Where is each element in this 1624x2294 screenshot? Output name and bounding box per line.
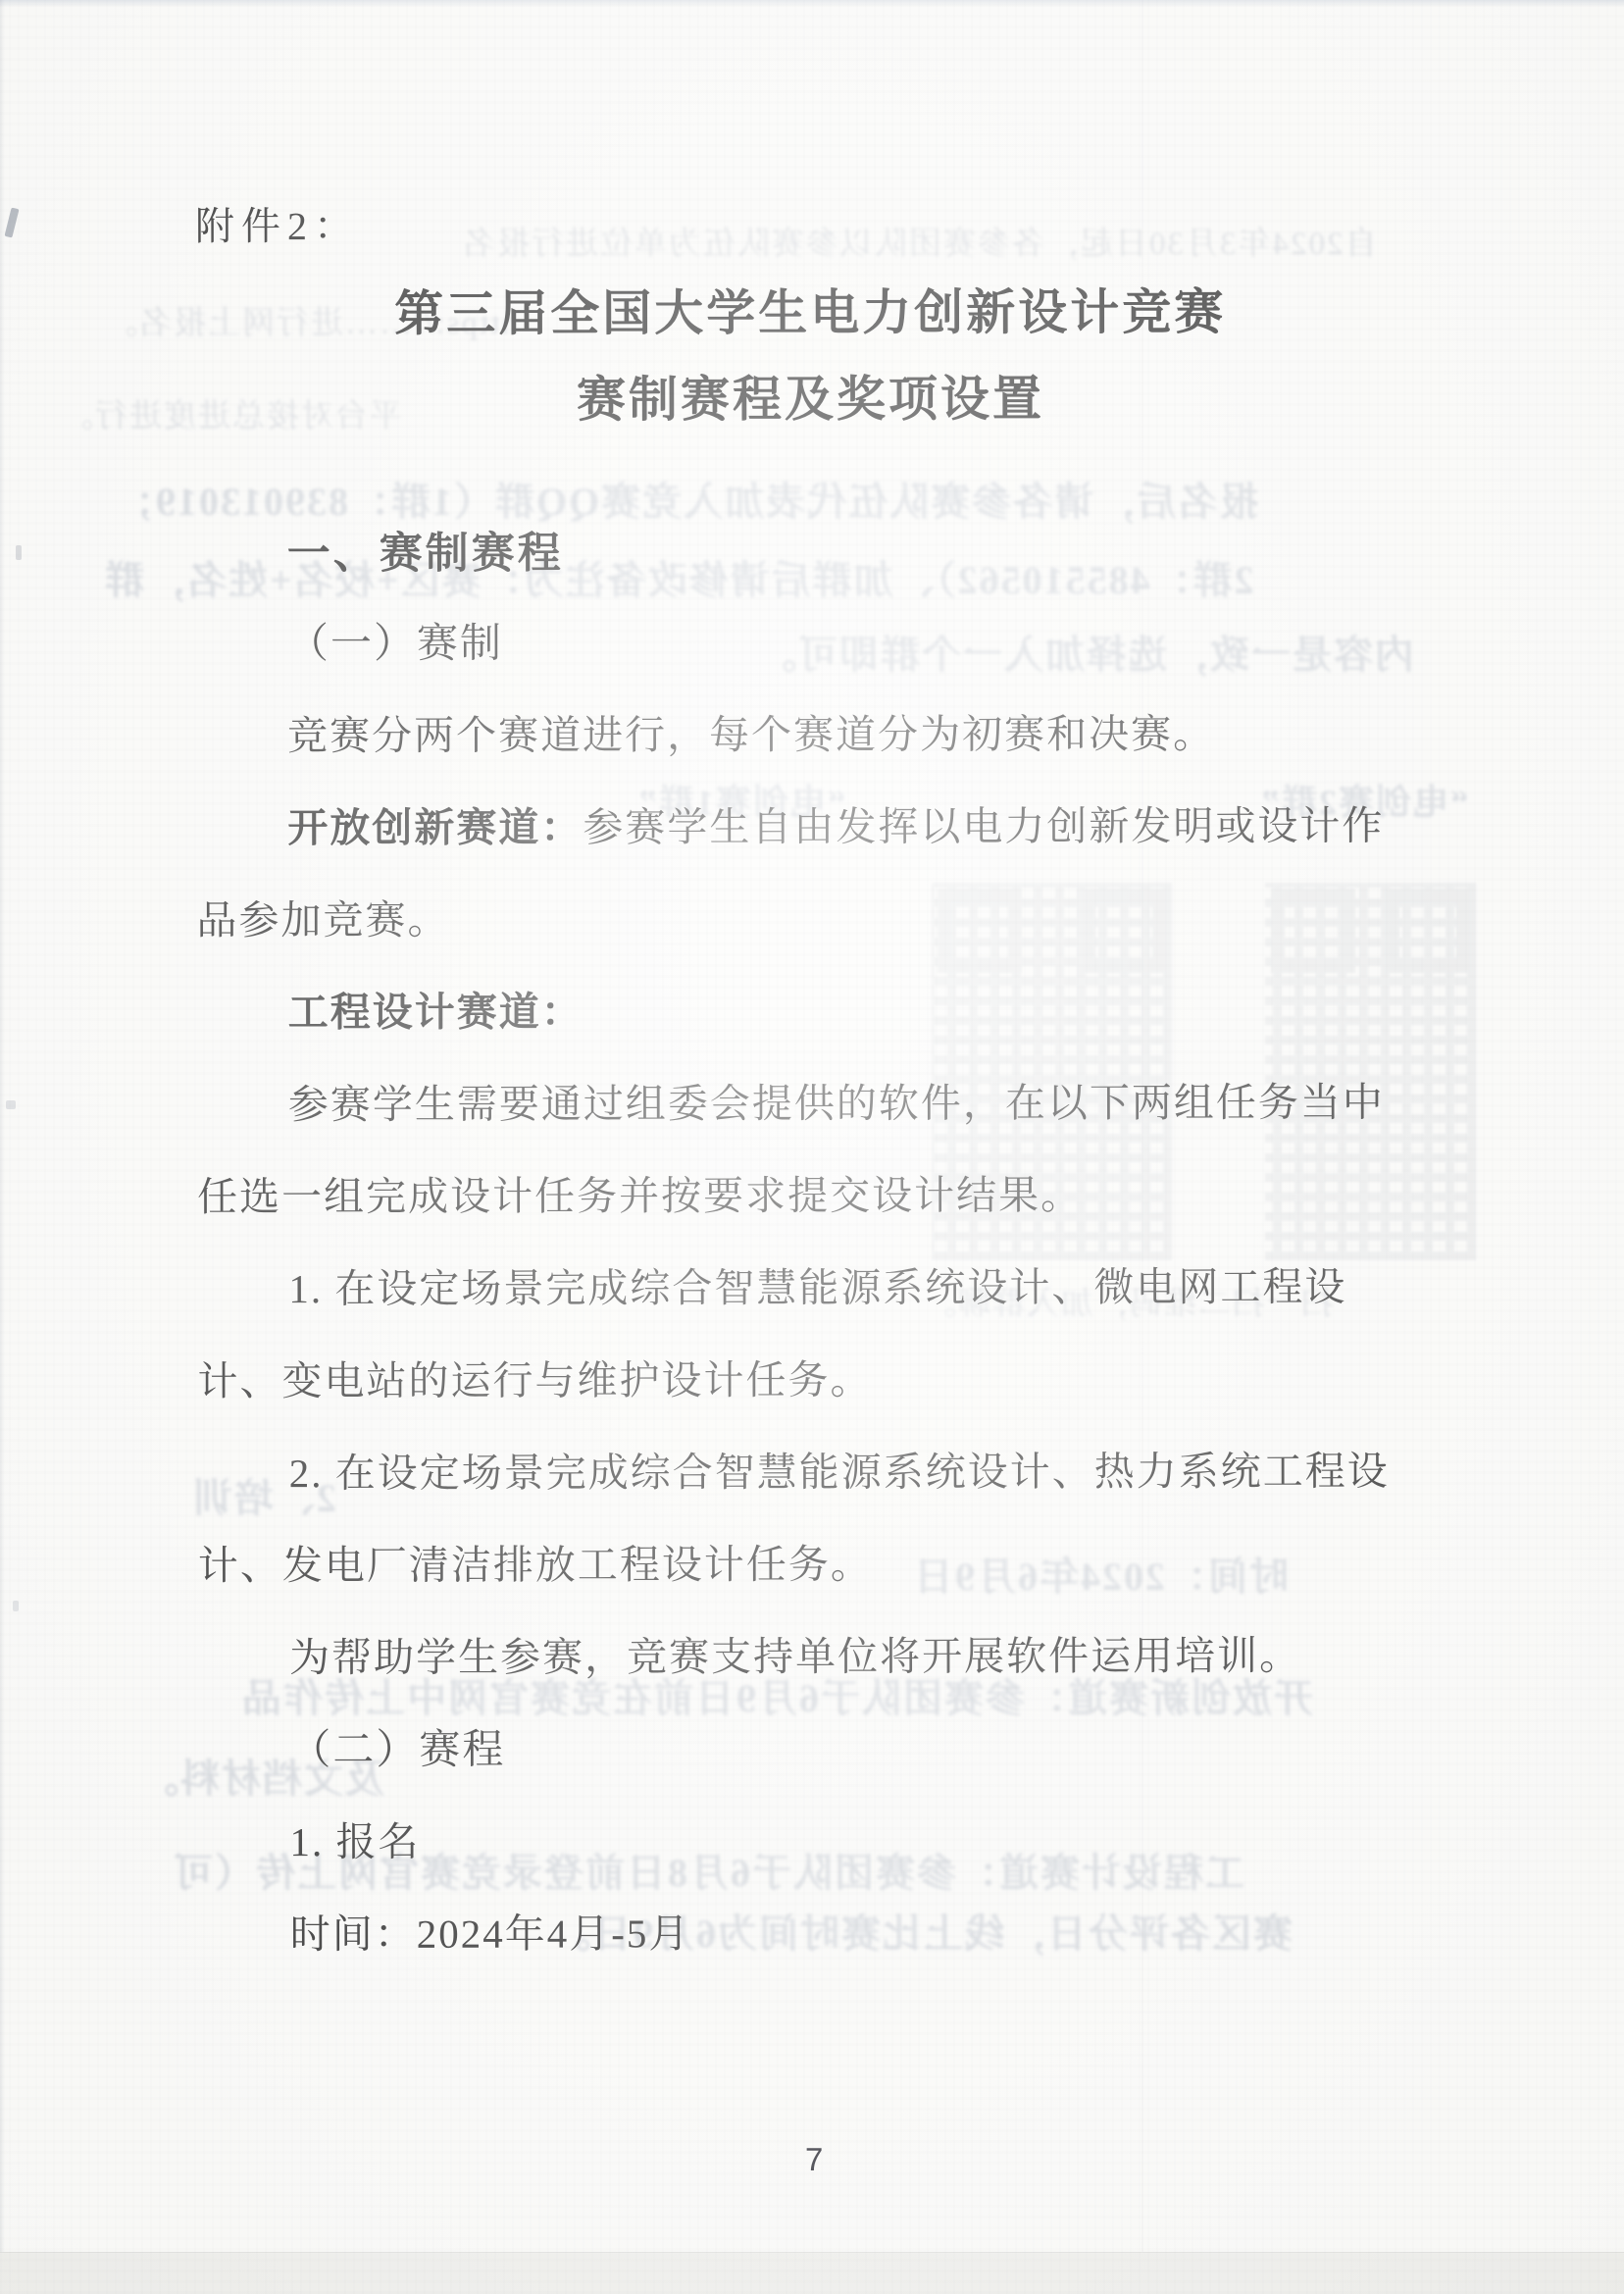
document-content: 附件2： 第三届全国大学生电力创新设计竞赛 赛制赛程及奖项设置 一、赛制赛程 （… — [0, 0, 1624, 2294]
open-track-line: 开放创新赛道：参赛学生自由发挥以电力创新发明或设计作 — [287, 801, 1384, 854]
paragraph-training: 为帮助学生参赛，竞赛支持单位将开展软件运用培训。 — [289, 1631, 1301, 1683]
sub-heading-2: （二）赛程 — [289, 1725, 505, 1777]
section-heading: 一、赛制赛程 — [287, 527, 564, 582]
task2-line1: 2. 在设定场景完成综合智慧能源系统设计、热力系统工程设 — [289, 1447, 1390, 1500]
scan-fold-line — [1142, 0, 1143, 2294]
scanned-document-page: 自2024年3月30日起，各参赛团队以参赛队伍为单位进行报名 https://…… — [0, 0, 1624, 2294]
task1-line2: 计、变电站的运行与维护设计任务。 — [197, 1355, 872, 1407]
eng-paragraph-line2: 任选一组完成设计任务并按要求提交设计结果。 — [197, 1170, 1083, 1222]
task2-line2: 计、发电厂清洁排放工程设计任务。 — [198, 1540, 873, 1592]
task1-line1: 1. 在设定场景完成综合智慧能源系统设计、微电网工程设 — [288, 1262, 1346, 1315]
scan-edge-top — [0, 0, 1624, 7]
schedule-time: 时间：2024年4月-5月 — [290, 1909, 691, 1960]
page-number: 7 — [2, 2139, 1624, 2179]
eng-paragraph-line1: 参赛学生需要通过组委会提供的软件，在以下两组任务当中 — [288, 1078, 1385, 1131]
eng-track-label: 工程设计赛道： — [288, 987, 584, 1038]
attachment-label: 附件2： — [195, 202, 360, 251]
scan-edge-left — [0, 0, 5, 2294]
document-title-line1: 第三届全国大学生电力创新设计竞赛 — [0, 280, 1622, 345]
sub-heading-1: （一）赛制 — [287, 619, 503, 671]
open-track-text: 参赛学生自由发挥以电力创新发明或设计作 — [583, 803, 1384, 850]
paragraph-intro: 竞赛分两个赛道进行，每个赛道分为初赛和决赛。 — [287, 709, 1215, 761]
open-track-label: 开放创新赛道： — [287, 804, 583, 850]
document-title-line2: 赛制赛程及奖项设置 — [0, 367, 1622, 432]
open-track-continuation: 品参加竞赛。 — [196, 895, 449, 946]
schedule-item-registration: 1. 报名 — [289, 1817, 420, 1868]
scan-edge-bottom — [0, 2252, 1624, 2294]
